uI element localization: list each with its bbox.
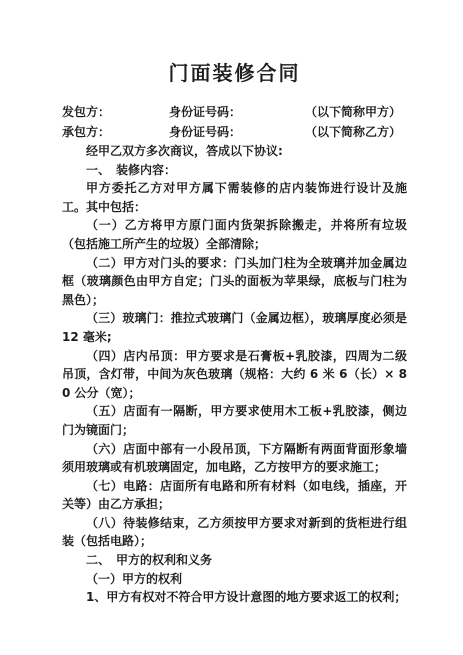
contractor-id-label: 身份证号码： — [169, 123, 305, 143]
party-row-employer: 发包方：身份证号码：（以下简称甲方） — [62, 103, 407, 123]
clause-1-4: （四）店内吊顶：甲方要求是石膏板+乳胶漆，四周为二级吊顶，含灯带，中间为灰色玻璃… — [62, 347, 407, 403]
employer-role-label: 发包方： — [62, 103, 169, 123]
employer-id-label: 身份证号码： — [169, 103, 305, 123]
party-row-contractor: 承包方：身份证号码：（以下简称乙方） — [62, 123, 407, 143]
contract-document: 门面装修合同 发包方：身份证号码：（以下简称甲方） 承包方：身份证号码：（以下简… — [0, 0, 463, 655]
document-title: 门面装修合同 — [62, 60, 407, 86]
clause-1-3: （三）玻璃门：推拉式玻璃门（金属边框），玻璃厚度必须是 12 毫米; — [62, 309, 407, 346]
contractor-alias-label: （以下简称乙方） — [305, 125, 401, 139]
clause-1-1: （一）乙方将甲方原门面内货架拆除搬走，并将所有垃圾（包括施工所产生的垃圾）全部清… — [62, 216, 407, 253]
clause-1-8: （八）待装修结束，乙方须按甲方要求对新到的货柜进行组装（包括电路）； — [62, 514, 407, 551]
section-2-1-heading: （一）甲方的权利 — [62, 570, 407, 589]
clause-2-1-1: 1、甲方有权对不符合甲方设计意图的地方要求返工的权利； — [62, 588, 407, 607]
preamble: 经甲乙双方多次商议，答成以下协议: — [62, 142, 407, 161]
section-2-heading: 二、 甲方的权利和义务 — [62, 551, 407, 570]
contract-body: 经甲乙双方多次商议，答成以下协议: 一、 装修内容： 甲方委托乙方对甲方属下需装… — [62, 142, 407, 607]
employer-alias-label: （以下简称甲方） — [305, 105, 401, 119]
section-1-intro: 甲方委托乙方对甲方属下需装修的店内装饰进行设计及施工。其中包括： — [62, 179, 407, 216]
section-1-heading: 一、 装修内容： — [62, 161, 407, 180]
clause-1-7: （七）电路：店面所有电路和所有材料（如电线，插座，开关等）由乙方承担； — [62, 477, 407, 514]
contractor-role-label: 承包方： — [62, 123, 169, 143]
parties-block: 发包方：身份证号码：（以下简称甲方） 承包方：身份证号码：（以下简称乙方） — [62, 103, 407, 142]
clause-1-2: （二）甲方对门头的要求：门头加门柱为全玻璃并加金属边框（玻璃颜色由甲方自定；门头… — [62, 254, 407, 310]
clause-1-5: （五）店面有一隔断，甲方要求使用木工板+乳胶漆，侧边门为镜面门； — [62, 402, 407, 439]
clause-1-6: （六）店面中部有一小段吊顶，下方隔断有两面背面形象墙须用玻璃或有机玻璃固定，加电… — [62, 440, 407, 477]
